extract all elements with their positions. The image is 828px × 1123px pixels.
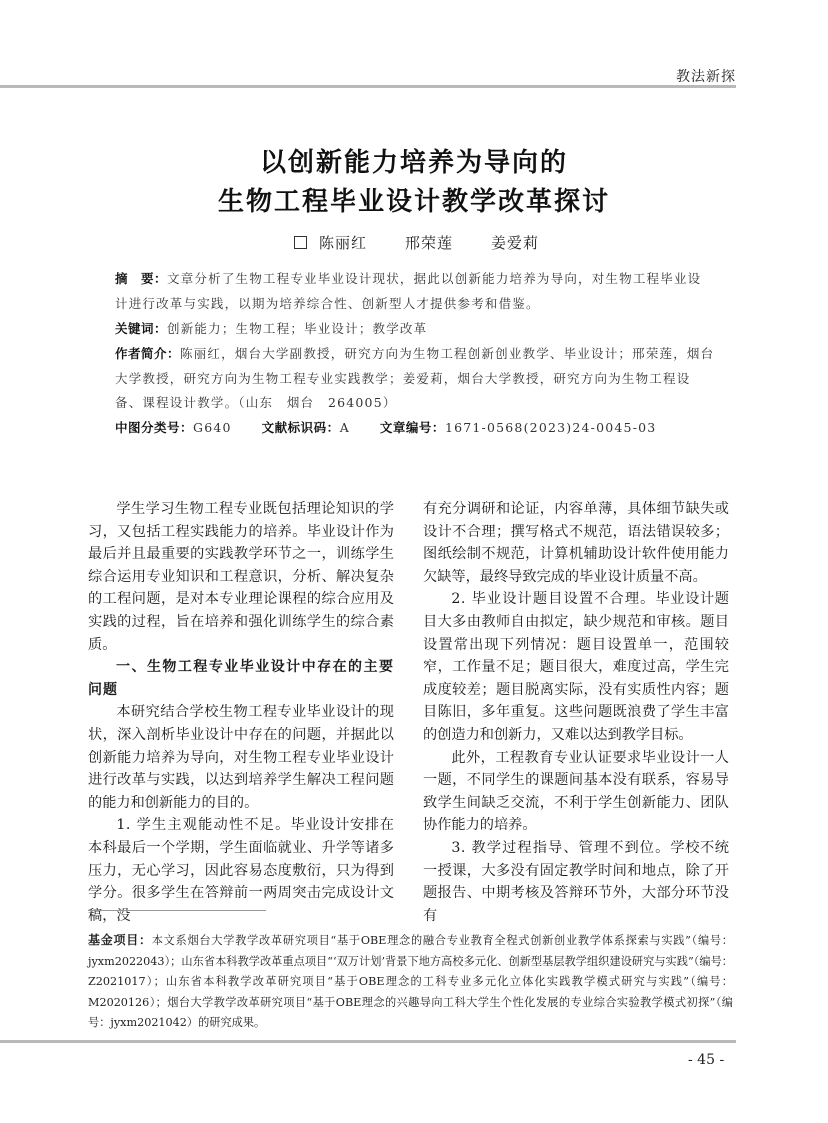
keywords: 关键词：创新能力；生物工程；毕业设计；教学改革 xyxy=(115,317,715,342)
doc-code-value: A xyxy=(340,420,350,435)
page-number: - 45 - xyxy=(688,1052,724,1068)
article-no-label: 文章编号： xyxy=(380,420,445,435)
clc-value: G640 xyxy=(193,420,232,435)
paragraph: 有充分调研和论证，内容单薄，具体细节缺失或设计不合理；撰写格式不规范，语法错误较… xyxy=(423,498,729,588)
author-intro: 作者简介：陈丽红，烟台大学副教授，研究方向为生物工程创新创业教学、毕业设计；邢荣… xyxy=(115,342,715,416)
doc-code-label: 文献标识码： xyxy=(262,420,340,435)
subheading: 3. 教学过程指导、管理不到位。 xyxy=(451,840,670,856)
author-name: 邢荣莲 xyxy=(405,232,453,253)
subheading: 2. 毕业设计题目设置不合理。 xyxy=(451,591,655,607)
footnote-text: 本文系烟台大学教学改革研究项目“基于OBE理念的融合专业教育全程式创新创业教学体… xyxy=(88,934,733,1029)
footnote-label: 基金项目： xyxy=(88,933,152,947)
section-heading: 一、生物工程专业毕业设计中存在的主要问题 xyxy=(88,656,394,701)
article-title-line1: 以创新能力培养为导向的 xyxy=(0,142,828,179)
author-name: 陈丽红 xyxy=(319,232,367,253)
abstract-text: 文章分析了生物工程专业毕业设计现状，据此以创新能力培养为导向，对生物工程毕业设计… xyxy=(115,271,701,311)
author-intro-text: 陈丽红，烟台大学副教授，研究方向为生物工程创新创业教学、毕业设计；邢荣莲，烟台大… xyxy=(115,346,714,410)
paragraph: 3. 教学过程指导、管理不到位。学校不统一授课，大多没有固定教学时间和地点，除了… xyxy=(423,837,729,927)
author-intro-label: 作者简介： xyxy=(115,346,180,361)
author-list: 陈丽红 邢荣莲 姜爱莉 xyxy=(294,232,577,253)
body-column-left: 学生学习生物工程专业既包括理论知识的学习，又包括工程实践能力的培养。毕业设计作为… xyxy=(88,498,394,927)
footer-rule xyxy=(0,1040,736,1043)
header-rule xyxy=(0,85,736,88)
body-column-right: 有充分调研和论证，内容单薄，具体细节缺失或设计不合理；撰写格式不规范，语法错误较… xyxy=(423,498,729,927)
subheading: 1. 学生主观能动性不足。 xyxy=(116,817,290,833)
abstract: 摘 要：文章分析了生物工程专业毕业设计现状，据此以创新能力培养为导向，对生物工程… xyxy=(115,267,715,316)
article-no-value: 1671-0568(2023)24-0045-03 xyxy=(445,420,656,435)
article-title-line2: 生物工程毕业设计教学改革探讨 xyxy=(0,181,828,218)
footnote-rule xyxy=(88,910,266,911)
clc-label: 中图分类号： xyxy=(115,420,193,435)
paragraph: 此外，工程教育专业认证要求毕业设计一人一题，不同学生的课题间基本没有联系，容易导… xyxy=(423,747,729,837)
running-head: 教法新探 xyxy=(676,66,736,86)
funding-footnote: 基金项目：本文系烟台大学教学改革研究项目“基于OBE理念的融合专业教育全程式创新… xyxy=(88,930,733,1034)
author-name: 姜爱莉 xyxy=(491,232,539,253)
keywords-label: 关键词： xyxy=(115,321,167,336)
paragraph: 学生学习生物工程专业既包括理论知识的学习，又包括工程实践能力的培养。毕业设计作为… xyxy=(88,498,394,656)
square-bullet-icon xyxy=(294,236,307,249)
keywords-text: 创新能力；生物工程；毕业设计；教学改革 xyxy=(167,321,427,336)
paragraph: 本研究结合学校生物工程专业毕业设计的现状，深入剖析毕业设计中存在的问题，并据此以… xyxy=(88,701,394,814)
classification-row: 中图分类号：G640 文献标识码：A 文章编号：1671-0568(2023)2… xyxy=(115,416,715,441)
abstract-label: 摘 要： xyxy=(115,271,167,286)
paragraph: 2. 毕业设计题目设置不合理。毕业设计题目大多由教师自由拟定，缺少规范和审核。题… xyxy=(423,588,729,746)
